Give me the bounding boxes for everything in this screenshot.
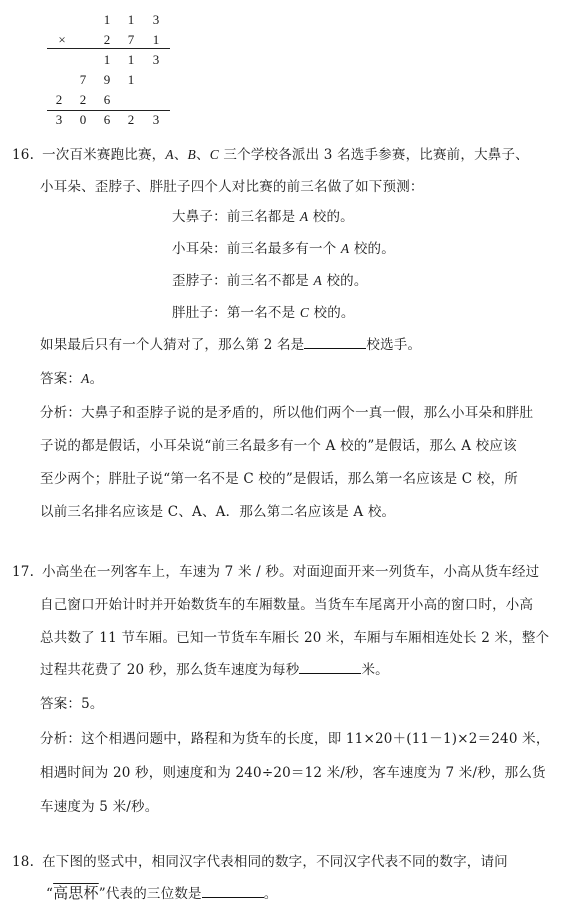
q16-analysis-0: 分析：大鼻子和歪脖子说的是矛盾的，所以他们两个一真一假，那么小耳朵和胖肚	[40, 401, 533, 421]
calc-digit: 1	[101, 12, 113, 28]
calc-digit: 2	[125, 112, 137, 128]
q16-analysis-3: 以前三名排名应该是 C、A、A．那么第二名应该是 A 校。	[40, 500, 395, 520]
multiplication-rule-2	[47, 110, 170, 111]
calc-digit: 2	[77, 92, 89, 108]
calc-digit: 6	[101, 112, 113, 128]
prediction-1: 小耳朵：前三名最多有一个 A 校的。	[172, 237, 395, 257]
calc-digit: 3	[150, 12, 162, 28]
calc-digit: 2	[101, 32, 113, 48]
q17-analysis-0: 分析：这个相遇问题中，路程和为货车的长度，即 11×20＋(11－1)×2＝24…	[40, 727, 550, 747]
q16-analysis-2: 至少两个；胖肚子说“第一名不是 C 校的”是假话，那么第一名应该是 C 校，所	[40, 467, 518, 487]
q16-line1: 16.一次百米赛跑比赛，A、B、C 三个学校各派出 3 名选手参赛，比赛前，大鼻…	[12, 143, 529, 163]
calc-digit: 2	[53, 92, 65, 108]
calc-digit: 9	[101, 72, 113, 88]
answer-blank	[304, 334, 366, 349]
q16-line2: 小耳朵、歪脖子、胖肚子四个人对比赛的前三名做了如下预测：	[40, 175, 424, 195]
calc-digit: 1	[125, 52, 137, 68]
calc-digit: 7	[77, 72, 89, 88]
q17-question: 过程共花费了 20 秒，那么货车速度为每秒米。	[40, 658, 389, 678]
calc-digit: 0	[77, 112, 89, 128]
answer-blank	[202, 883, 264, 898]
q16-analysis-1: 子说的都是假话，小耳朵说“前三名最多有一个 A 校的”是假话，那么 A 校应该	[40, 434, 517, 454]
q17-answer: 答案：5。	[40, 692, 104, 712]
prediction-2: 歪脖子：前三名不都是 A 校的。	[172, 269, 368, 289]
calc-digit: 1	[125, 12, 137, 28]
calc-digit: 1	[150, 32, 162, 48]
q18-line1: 18.在下图的竖式中，相同汉字代表相同的数字，不同汉字代表不同的数字，请问	[12, 850, 508, 870]
times-symbol: ×	[56, 32, 68, 48]
q16-question: 如果最后只有一个人猜对了，那么第 2 名是校选手。	[40, 333, 421, 353]
calc-digit: 7	[125, 32, 137, 48]
calc-digit: 3	[150, 52, 162, 68]
calc-digit: 1	[125, 72, 137, 88]
calc-digit: 3	[150, 112, 162, 128]
calc-digit: 3	[53, 112, 65, 128]
q17-analysis-1: 相遇时间为 20 秒，则速度和为 240÷20＝12 米/秒，客车速度为 7 米…	[40, 761, 546, 781]
multiplication-rule-1	[47, 48, 170, 49]
answer-blank	[299, 659, 361, 674]
q16-answer: 答案：A。	[40, 367, 103, 387]
calc-digit: 6	[101, 92, 113, 108]
q17-line0: 17.小高坐在一列客车上，车速为 7 米 / 秒。对面迎面开来一列货车，小高从货…	[12, 560, 539, 580]
q17-line1: 自己窗口开始计时并开始数货车的车厢数量。当货车车尾离开小高的窗口时，小高	[40, 593, 533, 613]
q16-number: 16.	[12, 147, 34, 163]
calc-digit: 1	[101, 52, 113, 68]
q17-analysis-2: 车速度为 5 米/秒。	[40, 795, 158, 815]
prediction-3: 胖肚子：第一名不是 C 校的。	[172, 301, 355, 321]
q17-line2: 总共数了 11 节车厢。已知一节货车车厢长 20 米，车厢与车厢相连处长 2 米…	[40, 626, 549, 646]
prediction-0: 大鼻子：前三名都是 A 校的。	[172, 205, 354, 225]
overlined-word: 高思杯	[53, 884, 99, 902]
q18-line2: “高思杯”代表的三位数是。	[46, 882, 277, 903]
